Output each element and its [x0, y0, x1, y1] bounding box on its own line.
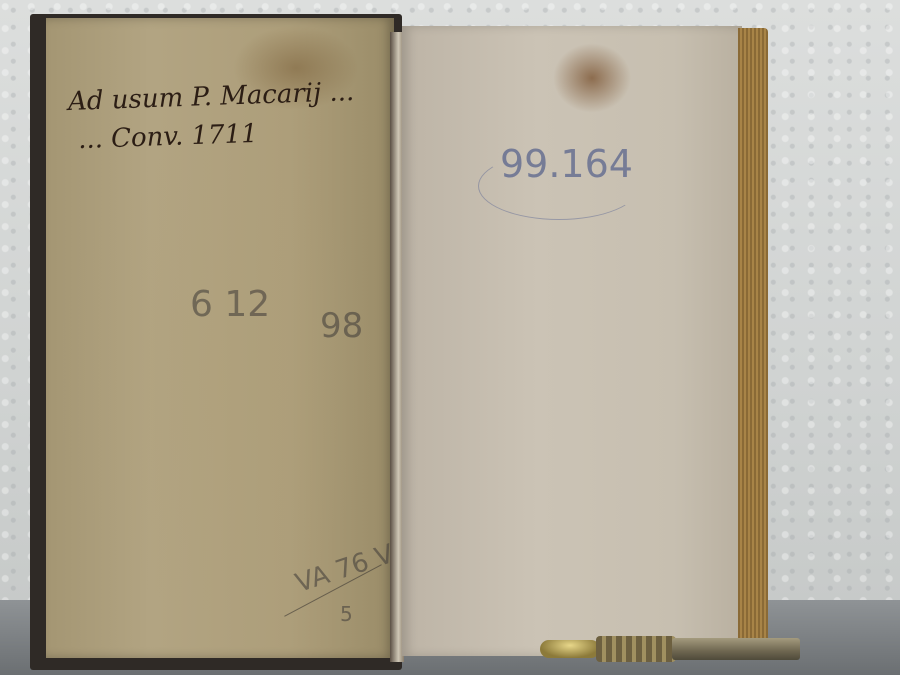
inventory-number: 99.164	[500, 142, 633, 186]
shelfmark-sub: 5	[340, 602, 353, 626]
page-edges	[738, 28, 768, 656]
key-collar	[596, 636, 676, 662]
key-shaft	[672, 638, 800, 660]
pencil-number: 98	[320, 306, 363, 346]
key-bow	[540, 640, 600, 658]
pencil-note: 6 12	[190, 284, 270, 325]
ownership-inscription-line-2: ... Conv. 1711	[78, 119, 259, 155]
right-endpaper	[402, 26, 742, 656]
open-book: Ad usum P. Macarij ... ... Conv. 1711 6 …	[30, 12, 770, 674]
watch-key	[540, 636, 800, 662]
